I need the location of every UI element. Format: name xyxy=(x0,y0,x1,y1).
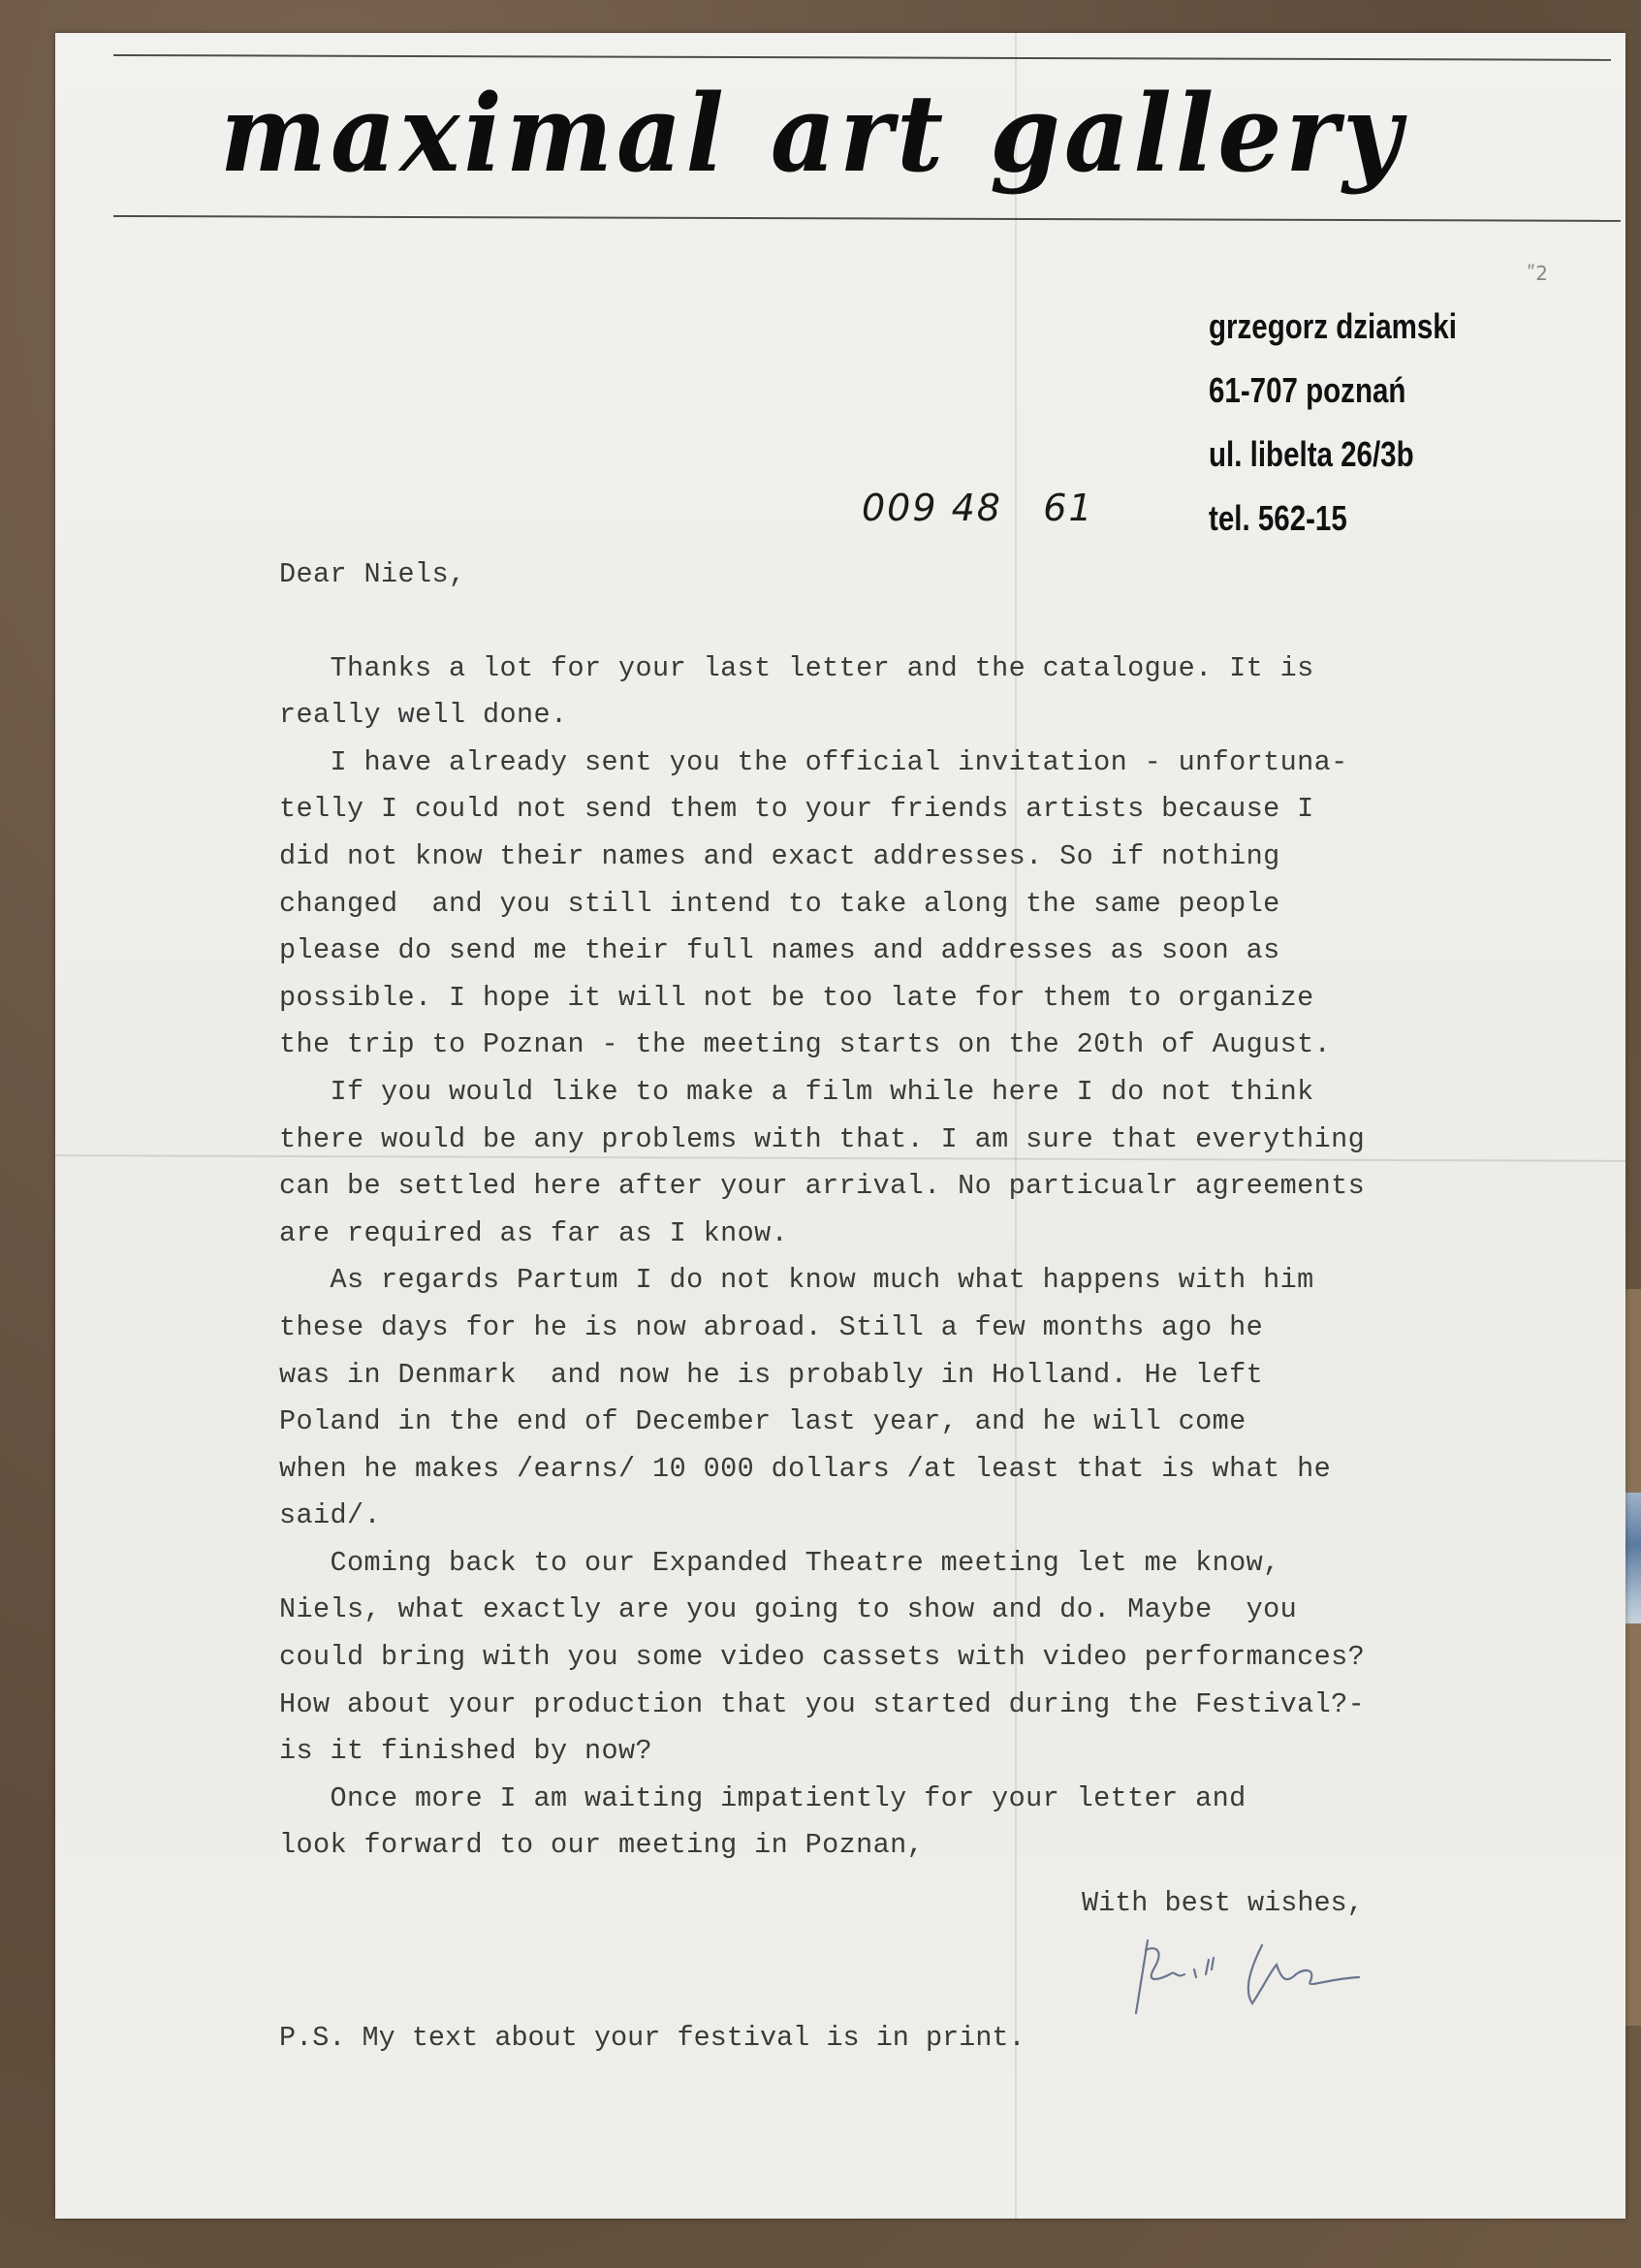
handwritten-signature-icon xyxy=(1117,1931,1524,2018)
sender-postal: 61-707 poznań xyxy=(1209,359,1457,423)
text-line: I have already sent you the official inv… xyxy=(279,740,1636,787)
text-line: is it finished by now? xyxy=(279,1728,1636,1776)
text-line: Thanks a lot for your last letter and th… xyxy=(279,646,1636,693)
paragraph: Thanks a lot for your last letter and th… xyxy=(279,646,1636,740)
text-line: really well done. xyxy=(279,692,1636,740)
brand-word: art xyxy=(771,71,947,196)
sender-phone: tel. 562-15 xyxy=(1209,487,1457,551)
handwritten-archive-number: 009 48 61 xyxy=(862,487,1094,529)
paragraph: If you would like to make a film while h… xyxy=(279,1069,1636,1257)
text-line: could bring with you some video cassets … xyxy=(279,1634,1636,1682)
text-line: said/. xyxy=(279,1493,1636,1540)
text-line: Poland in the end of December last year,… xyxy=(279,1399,1636,1446)
text-line: Niels, what exactly are you going to sho… xyxy=(279,1587,1636,1634)
paragraph: I have already sent you the official inv… xyxy=(279,740,1636,1069)
text-line: did not know their names and exact addre… xyxy=(279,834,1636,881)
sender-name: grzegorz dziamski xyxy=(1209,295,1457,359)
text-line: changed and you still intend to take alo… xyxy=(279,881,1636,929)
text-line: possible. I hope it will not be too late… xyxy=(279,975,1636,1023)
text-line: are required as far as I know. xyxy=(279,1211,1636,1258)
text-line: How about your production that you start… xyxy=(279,1682,1636,1729)
text-line: telly I could not send them to your frie… xyxy=(279,786,1636,834)
text-line: was in Denmark and now he is probably in… xyxy=(279,1352,1636,1400)
postscript: P.S. My text about your festival is in p… xyxy=(279,2022,1026,2054)
gallery-logo: maximalartgallery xyxy=(220,71,1448,196)
text-line: there would be any problems with that. I… xyxy=(279,1117,1636,1164)
text-line: when he makes /earns/ 10 000 dollars /at… xyxy=(279,1446,1636,1494)
text-line: can be settled here after your arrival. … xyxy=(279,1163,1636,1211)
brand-word: gallery xyxy=(990,71,1405,196)
text-line: the trip to Poznan - the meeting starts … xyxy=(279,1022,1636,1069)
letterhead-rule-top xyxy=(113,54,1611,61)
text-line: As regards Partum I do not know much wha… xyxy=(279,1257,1636,1305)
text-line: If you would like to make a film while h… xyxy=(279,1069,1636,1117)
paragraph: Once more I am waiting impatiently for y… xyxy=(279,1776,1636,1870)
text-line: please do send me their full names and a… xyxy=(279,928,1636,975)
paragraph: As regards Partum I do not know much wha… xyxy=(279,1257,1636,1540)
sender-street: ul. libelta 26/3b xyxy=(1209,423,1457,487)
letter-body: Dear Niels, Thanks a lot for your last l… xyxy=(279,551,1636,1870)
letter-sheet: maximalartgallery ʺ2 grzegorz dziamski 6… xyxy=(55,33,1625,2219)
salutation: Dear Niels, xyxy=(279,551,1636,599)
sender-address-block: grzegorz dziamski 61-707 poznań ul. libe… xyxy=(1209,295,1457,551)
paragraph: Coming back to our Expanded Theatre meet… xyxy=(279,1540,1636,1776)
brand-word: maximal xyxy=(220,71,728,196)
letterhead-rule-bottom xyxy=(113,215,1621,222)
closing: With best wishes, xyxy=(1082,1887,1364,1919)
pencil-mark: ʺ2 xyxy=(1527,262,1548,285)
text-line: Once more I am waiting impatiently for y… xyxy=(279,1776,1636,1823)
text-line: look forward to our meeting in Poznan, xyxy=(279,1822,1636,1870)
text-line: Coming back to our Expanded Theatre meet… xyxy=(279,1540,1636,1588)
text-line: these days for he is now abroad. Still a… xyxy=(279,1305,1636,1352)
salutation-gap xyxy=(279,599,1636,646)
